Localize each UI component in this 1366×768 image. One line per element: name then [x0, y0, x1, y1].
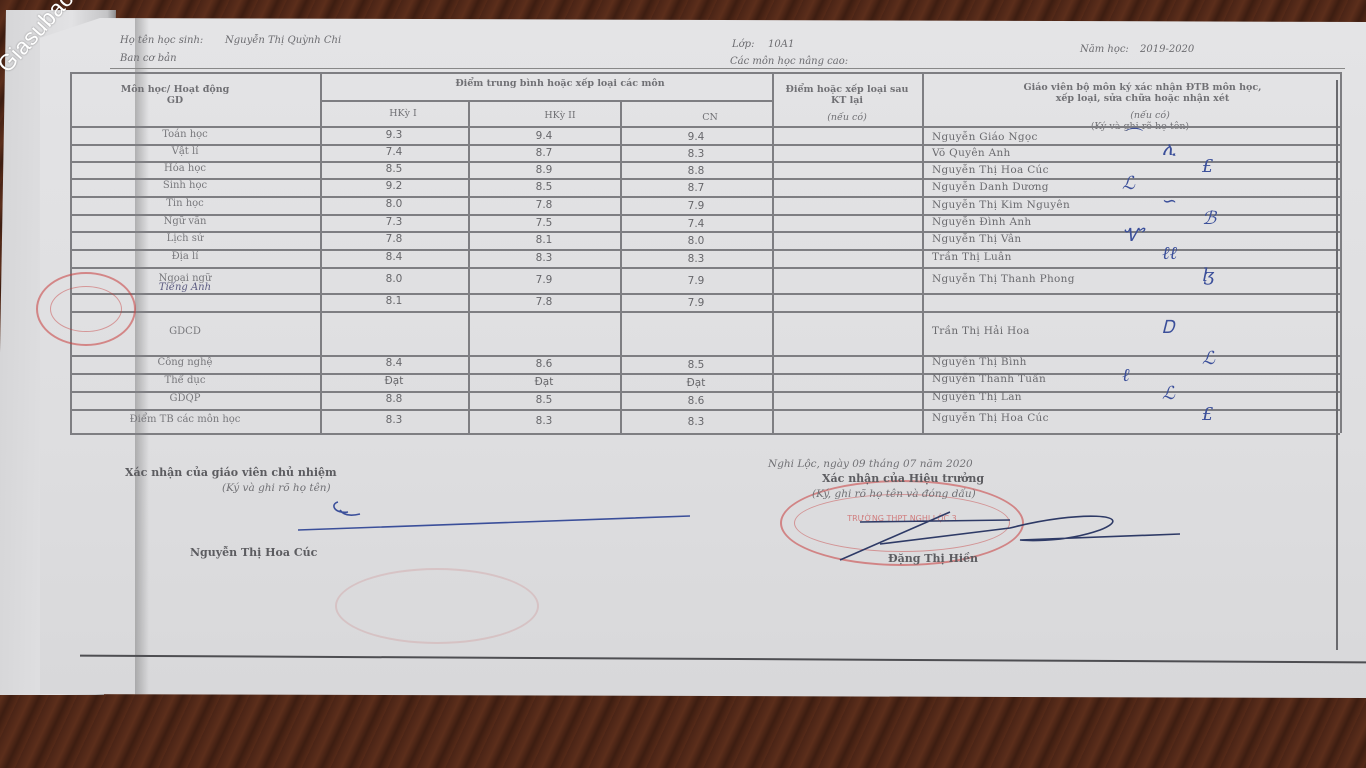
row-divider: [70, 293, 1340, 295]
header-bottom-border: [70, 126, 1340, 128]
table-cell-hk2: Đạt: [468, 376, 620, 388]
table-cell-teacher: Nguyễn Thị Lan: [932, 391, 1022, 403]
table-cell-cn: 7.4: [620, 218, 772, 230]
table-cell-hk1: 8.4: [320, 357, 468, 369]
table-row-subject: Công nghệ: [110, 357, 260, 368]
year-label: Năm học:: [1080, 44, 1129, 55]
homeroom-note: (Ký và ghi rõ họ tên): [222, 482, 331, 494]
table-row-subject: Vật lí: [110, 146, 260, 157]
faint-stamp-bleed: [335, 568, 539, 644]
program-label: Ban cơ bản: [120, 53, 177, 64]
table-cell-cn: 8.6: [620, 395, 772, 407]
table-cell-cn: 8.7: [620, 182, 772, 194]
col-hk1-header: HKỳ I: [328, 108, 478, 119]
table-row-subject: GDQP: [110, 393, 260, 404]
col-cn-header: CN: [640, 112, 780, 123]
col-retest-header: Điểm hoặc xếp loại sau KT lại: [782, 84, 912, 106]
student-name: Nguyễn Thị Quỳnh Chi: [225, 35, 341, 46]
col-retest-note: (nếu có): [782, 112, 912, 123]
table-cell-hk1: 7.8: [320, 233, 468, 245]
year-value: 2019-2020: [1140, 44, 1194, 55]
col-divider: [468, 100, 470, 433]
table-cell-hk1: 8.0: [320, 198, 468, 210]
row-divider: [70, 373, 1340, 375]
principal-note: (Ký, ghi rõ họ tên và đóng dấu): [812, 488, 976, 500]
table-cell-hk1: 9.2: [320, 180, 468, 192]
principal-title: Xác nhận của Hiệu trưởng: [822, 472, 984, 485]
row-divider: [70, 144, 1340, 146]
row-divider: [70, 355, 1340, 357]
table-right-border: [1336, 80, 1338, 650]
col-divider: [620, 100, 622, 433]
table-cell-teacher: Trần Thị Hải Hoa: [932, 325, 1030, 337]
table-row-subject-note: Tiếng Anh: [120, 282, 250, 293]
table-cell-cn: 8.0: [620, 235, 772, 247]
col-teacher-header: Giáo viên bộ môn ký xác nhận ĐTB môn học…: [1020, 82, 1265, 104]
class-value: 10A1: [768, 39, 794, 50]
table-cell-hk1: 7.3: [320, 216, 468, 228]
table-cell-teacher: Nguyễn Thanh Tuấn: [932, 373, 1046, 385]
table-cell-cn: 8.3: [620, 253, 772, 265]
table-cell-cn: 9.4: [620, 131, 772, 143]
table-cell-hk2: 7.8: [468, 199, 620, 211]
table-cell-hk2: 7.8: [468, 296, 620, 308]
table-row-subject: Hóa học: [110, 163, 260, 174]
table-cell-hk2: 8.6: [468, 358, 620, 370]
advanced-label: Các môn học nâng cao:: [730, 56, 848, 67]
row-divider: [70, 214, 1340, 216]
row-divider: [70, 249, 1340, 251]
col-hk2-header: HKỳ II: [490, 110, 630, 121]
col-divider: [922, 72, 924, 433]
table-cell-hk2: 8.5: [468, 181, 620, 193]
table-row-subject: Tin học: [110, 198, 260, 209]
table-cell-hk1: 7.4: [320, 146, 468, 158]
table-cell-teacher: Trần Thị Luân: [932, 251, 1012, 263]
col-scores-group-header: Điểm trung bình hoặc xếp loại các môn: [380, 78, 740, 89]
row-divider: [70, 178, 1340, 180]
table-cell-cn: 7.9: [620, 297, 772, 309]
col-divider: [1340, 72, 1342, 433]
teacher-signature: ℒ: [1122, 173, 1135, 194]
class-label: Lớp:: [732, 39, 754, 50]
table-cell-hk1: 8.3: [320, 414, 468, 426]
teacher-signature: ℒ: [1202, 348, 1215, 369]
table-cell-teacher: Nguyễn Thị Thanh Phong: [932, 273, 1075, 285]
table-cell-cn: Đạt: [620, 377, 772, 389]
table-cell-teacher: Nguyễn Thị Hoa Cúc: [932, 164, 1049, 176]
table-row-subject: Thể dục: [110, 375, 260, 386]
grades-table: Môn học/ Hoạt động GD Điểm trung bình ho…: [60, 72, 1345, 442]
table-cell-hk1: 8.0: [320, 273, 468, 285]
table-cell-cn: 8.3: [620, 416, 772, 428]
teacher-signature: ℓℓ: [1162, 243, 1177, 264]
col-teacher-note1: (nếu có): [1090, 110, 1210, 121]
teacher-signature: Ꭰ: [1162, 317, 1174, 338]
table-top-border: [70, 72, 1340, 74]
col-divider: [772, 72, 774, 433]
row-divider: [70, 267, 1340, 269]
col-divider: [70, 72, 72, 433]
table-row-subject: Sinh học: [110, 180, 260, 191]
table-row-subject: Ngữ văn: [110, 216, 260, 227]
principal-signature: [820, 500, 1180, 570]
row-divider: [70, 409, 1340, 411]
table-row-subject: Địa lí: [110, 251, 260, 262]
table-cell-hk2: 8.3: [468, 252, 620, 264]
table-cell-hk2: 8.3: [468, 415, 620, 427]
table-cell-cn: 8.8: [620, 165, 772, 177]
table-cell-hk1: Đạt: [320, 375, 468, 387]
table-cell-hk2: 9.4: [468, 130, 620, 142]
row-divider: [70, 311, 1340, 313]
teacher-signature: ɮ: [1202, 265, 1215, 286]
teacher-signature: ሊ: [1162, 139, 1176, 160]
teacher-signature: ℒ: [1162, 383, 1175, 404]
page-bottom-rule: [80, 655, 1366, 664]
student-label: Họ tên học sinh:: [120, 35, 203, 46]
homeroom-signature: [290, 496, 710, 536]
table-cell-teacher: Nguyễn Đình Anh: [932, 216, 1031, 228]
table-cell-hk2: 7.5: [468, 217, 620, 229]
table-cell-teacher: Nguyễn Giáo Ngọc: [932, 131, 1038, 143]
table-cell-teacher: Võ Quyên Anh: [932, 147, 1011, 159]
table-cell-cn: 8.3: [620, 148, 772, 160]
table-cell-cn: 7.9: [620, 275, 772, 287]
table-cell-teacher: Nguyễn Thị Hoa Cúc: [932, 412, 1049, 424]
table-cell-teacher: Nguyễn Danh Dương: [932, 181, 1049, 193]
table-row-subject: Điểm TB các môn học: [110, 414, 260, 425]
stamp-partial-left: [36, 272, 136, 346]
teacher-signature: ℓ: [1122, 365, 1130, 386]
place-date: Nghi Lộc, ngày 09 tháng 07 năm 2020: [768, 458, 973, 470]
teacher-signature: ℬ: [1202, 208, 1216, 229]
table-cell-hk1: 8.8: [320, 393, 468, 405]
table-cell-hk2: 8.7: [468, 147, 620, 159]
header-split: [320, 100, 772, 102]
table-row-subject: GDCD: [110, 326, 260, 337]
table-cell-teacher: Nguyễn Thị Bình: [932, 356, 1027, 368]
table-cell-hk1: 8.5: [320, 163, 468, 175]
table-cell-hk1: 8.1: [320, 295, 468, 307]
row-divider: [70, 433, 1340, 435]
teacher-signature: £: [1202, 156, 1213, 177]
row-divider: [70, 391, 1340, 393]
col-subject-header: Môn học/ Hoạt động GD: [120, 84, 230, 106]
homeroom-name: Nguyễn Thị Hoa Cúc: [190, 546, 317, 559]
header-rule: [110, 68, 1345, 69]
table-cell-hk2: 7.9: [468, 274, 620, 286]
homeroom-title: Xác nhận của giáo viên chủ nhiệm: [125, 466, 337, 479]
table-cell-teacher: Nguyễn Thị Vân: [932, 233, 1021, 245]
table-cell-hk2: 8.9: [468, 164, 620, 176]
table-cell-cn: 7.9: [620, 200, 772, 212]
row-divider: [70, 161, 1340, 163]
table-row-subject: Toán học: [110, 129, 260, 140]
table-row-subject: Lịch sử: [110, 233, 260, 244]
teacher-signature: £: [1202, 404, 1213, 425]
row-divider: [70, 196, 1340, 198]
teacher-signature: ∽: [1162, 191, 1177, 212]
table-cell-hk1: 8.4: [320, 251, 468, 263]
table-cell-hk1: 9.3: [320, 129, 468, 141]
table-cell-hk2: 8.1: [468, 234, 620, 246]
table-cell-hk2: 8.5: [468, 394, 620, 406]
table-cell-cn: 8.5: [620, 359, 772, 371]
row-divider: [70, 231, 1340, 233]
col-divider: [320, 72, 322, 433]
table-cell-teacher: Nguyễn Thị Kim Nguyên: [932, 199, 1070, 211]
teacher-signature: Ꮙ: [1122, 225, 1143, 246]
